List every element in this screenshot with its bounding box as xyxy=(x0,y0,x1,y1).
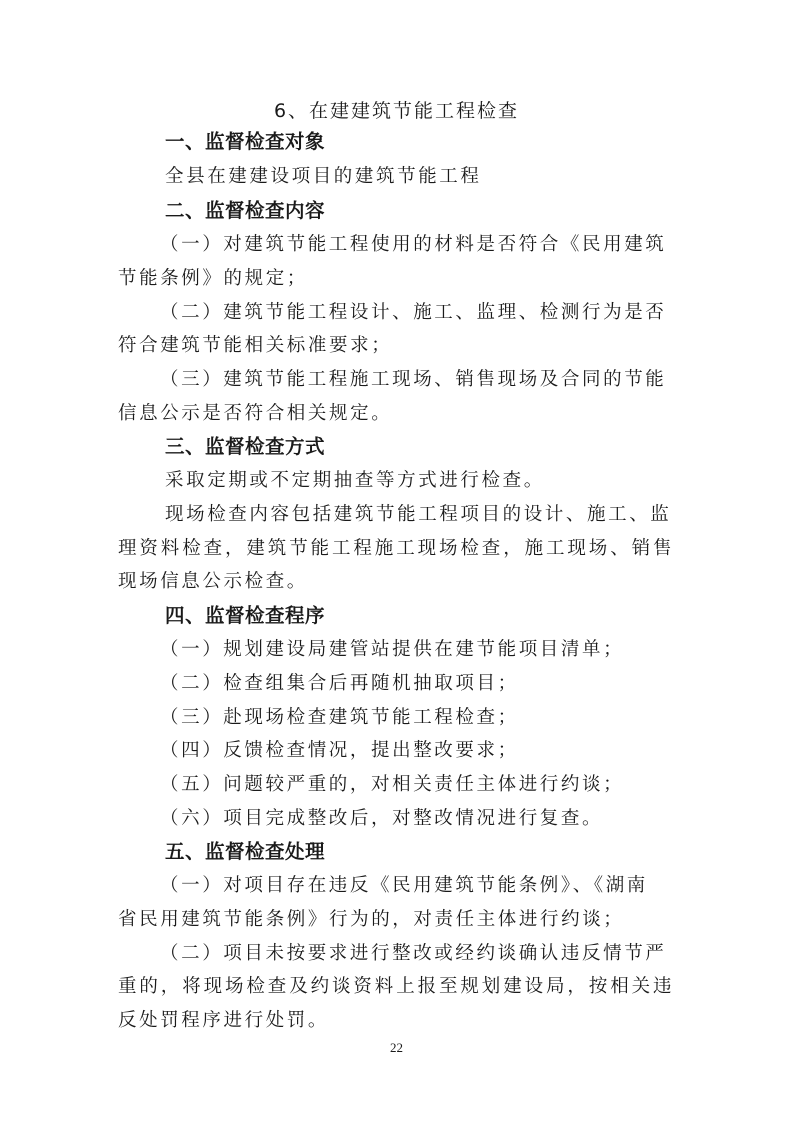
page-number: 22 xyxy=(0,1040,793,1056)
paragraph: 全县在建建设项目的建筑节能工程 xyxy=(165,162,725,192)
section-heading-1: 一、监督检查对象 xyxy=(165,127,725,157)
section-heading-4: 四、监督检查程序 xyxy=(165,601,725,631)
list-item: （六）项目完成整改后，对整改情况进行复查。 xyxy=(160,804,720,834)
paragraph: 节能条例》的规定； xyxy=(118,264,678,294)
paragraph: 采取定期或不定期抽查等方式进行检查。 xyxy=(165,466,725,496)
paragraph: 现场信息公示检查。 xyxy=(118,567,678,597)
paragraph: （二）建筑节能工程设计、施工、监理、检测行为是否 xyxy=(160,298,720,328)
paragraph: 信息公示是否符合相关规定。 xyxy=(118,399,678,429)
paragraph: 反处罚程序进行处罚。 xyxy=(118,1006,678,1036)
paragraph: 理资料检查，建筑节能工程施工现场检查，施工现场、销售 xyxy=(118,534,678,564)
paragraph: 省民用建筑节能条例》行为的，对责任主体进行约谈； xyxy=(118,905,678,935)
paragraph: 现场检查内容包括建筑节能工程项目的设计、施工、监 xyxy=(165,500,725,530)
paragraph: 重的，将现场检查及约谈资料上报至规划建设局，按相关违 xyxy=(118,972,678,1002)
paragraph: （二）项目未按要求进行整改或经约谈确认违反情节严 xyxy=(160,939,720,969)
section-heading-2: 二、监督检查内容 xyxy=(165,196,725,226)
list-item: （四）反馈检查情况，提出整改要求； xyxy=(160,736,720,766)
paragraph: （一）对建筑节能工程使用的材料是否符合《民用建筑 xyxy=(160,230,720,260)
paragraph: （三）建筑节能工程施工现场、销售现场及合同的节能 xyxy=(160,365,720,395)
page-title: 6、在建建筑节能工程检查 xyxy=(0,96,793,126)
section-heading-5: 五、监督检查处理 xyxy=(165,837,725,867)
list-item: （二）检查组集合后再随机抽取项目； xyxy=(160,669,720,699)
document-page: 6、在建建筑节能工程检查 一、监督检查对象 全县在建建设项目的建筑节能工程 二、… xyxy=(0,0,793,1122)
paragraph: （一）对项目存在违反《民用建筑节能条例》、《湖南 xyxy=(160,871,720,901)
list-item: （三）赴现场检查建筑节能工程检查； xyxy=(160,703,720,733)
list-item: （一）规划建设局建管站提供在建节能项目清单； xyxy=(160,635,720,665)
list-item: （五）问题较严重的，对相关责任主体进行约谈； xyxy=(160,770,720,800)
paragraph: 符合建筑节能相关标准要求； xyxy=(118,331,678,361)
section-heading-3: 三、监督检查方式 xyxy=(165,432,725,462)
